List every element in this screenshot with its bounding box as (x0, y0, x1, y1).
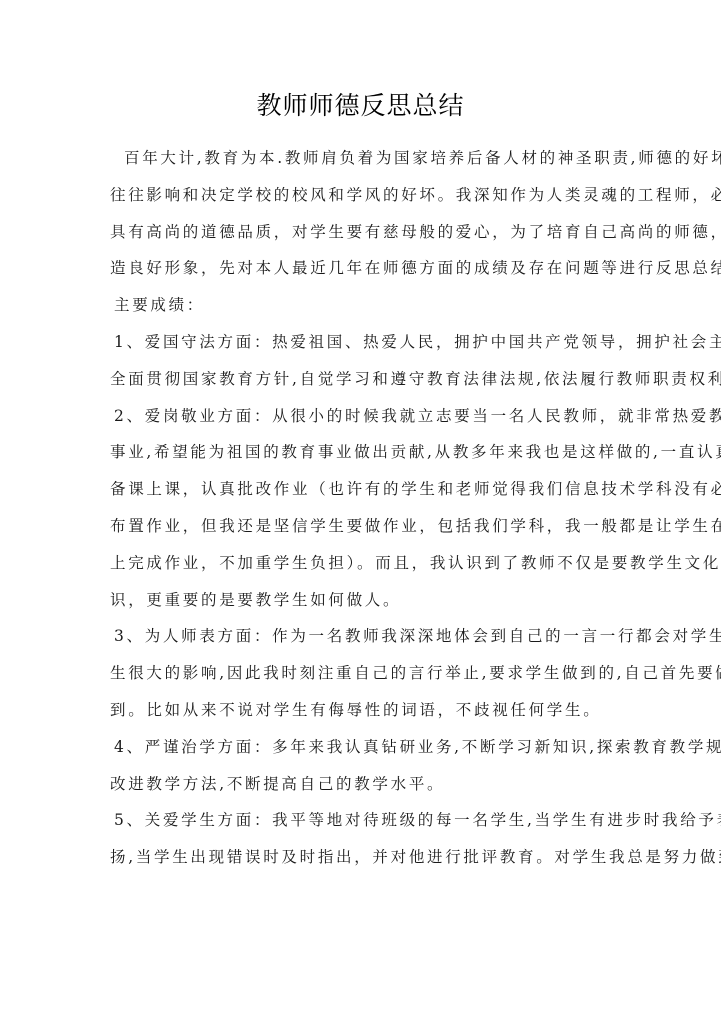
paragraph-intro-line-3: 具有高尚的道德品质，对学生要有慈母般的爱心，为了培育自己高尚的师德，塑 (110, 214, 614, 251)
item-1-line-2: 全面贯彻国家教育方针,自觉学习和遵守教育法律法规,依法履行教师职责权利。 (110, 361, 614, 398)
item-2-line-4: 布置作业，但我还是坚信学生要做作业，包括我们学科，我一般都是让学生在课 (110, 508, 614, 545)
paragraph-intro-line-2: 往往影响和决定学校的校风和学风的好坏。我深知作为人类灵魂的工程师，必须 (110, 177, 614, 214)
item-1-line-1: 1、爱国守法方面：热爱祖国、热爱人民，拥护中国共产党领导，拥护社会主义。 (110, 324, 614, 361)
item-2-line-3: 备课上课，认真批改作业（也许有的学生和老师觉得我们信息技术学科没有必要 (110, 471, 614, 508)
document-body: 百年大计,教育为本.教师肩负着为国家培养后备人材的神圣职责,师德的好坏 往往影响… (110, 140, 614, 876)
paragraph-intro-line-4: 造良好形象，先对本人最近几年在师德方面的成绩及存在问题等进行反思总结。 (110, 250, 614, 287)
item-2-line-2: 事业,希望能为祖国的教育事业做出贡献,从教多年来我也是这样做的,一直认真 (110, 434, 614, 471)
item-5-line-2: 扬,当学生出现错误时及时指出，并对他进行批评教育。对学生我总是努力做到 (110, 839, 614, 876)
document-page: 教师师德反思总结 百年大计,教育为本.教师肩负着为国家培养后备人材的神圣职责,师… (0, 0, 721, 1020)
item-4-line-1: 4、严谨治学方面：多年来我认真钻研业务,不断学习新知识,探索教育教学规律, (110, 729, 614, 766)
item-3-line-2: 生很大的影响,因此我时刻注重自己的言行举止,要求学生做到的,自己首先要做 (110, 655, 614, 692)
item-2-line-1: 2、爱岗敬业方面：从很小的时候我就立志要当一名人民教师，就非常热爱教育 (110, 398, 614, 435)
section-heading-achievements: 主要成绩： (110, 287, 614, 324)
item-2-line-5: 上完成作业，不加重学生负担）。而且，我认识到了教师不仅是要教学生文化知 (110, 545, 614, 582)
item-4-line-2: 改进教学方法,不断提高自己的教学水平。 (110, 766, 614, 803)
item-3-line-1: 3、为人师表方面：作为一名教师我深深地体会到自己的一言一行都会对学生产 (110, 618, 614, 655)
item-5-line-1: 5、关爱学生方面：我平等地对待班级的每一名学生,当学生有进步时我给予表 (110, 802, 614, 839)
item-2-line-6: 识，更重要的是要教学生如何做人。 (110, 582, 614, 619)
item-3-line-3: 到。比如从来不说对学生有侮辱性的词语，不歧视任何学生。 (110, 692, 614, 729)
paragraph-intro-line-1: 百年大计,教育为本.教师肩负着为国家培养后备人材的神圣职责,师德的好坏 (110, 140, 614, 177)
document-title: 教师师德反思总结 (0, 88, 721, 124)
